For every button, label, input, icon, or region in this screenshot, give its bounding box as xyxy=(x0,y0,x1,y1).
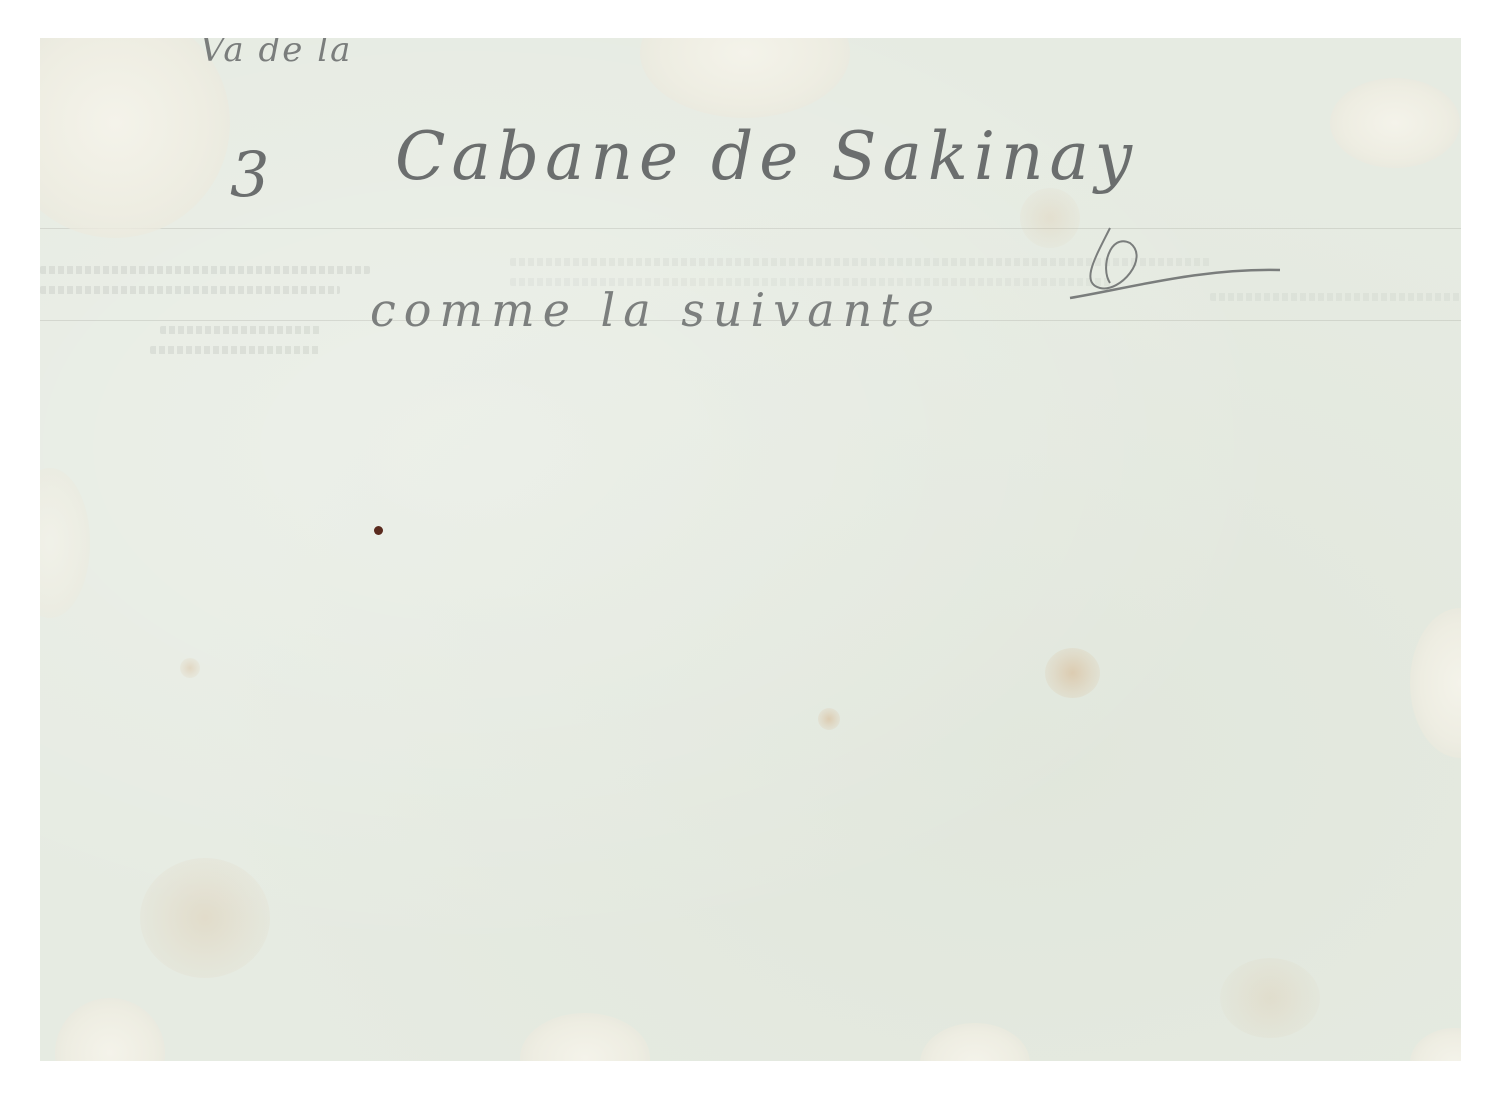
show-through-text xyxy=(510,258,1210,266)
foxing-stain xyxy=(818,708,840,730)
show-through-text xyxy=(150,346,320,354)
show-through-text xyxy=(160,326,320,334)
paper-residue-patch xyxy=(640,38,850,118)
foxing-stain xyxy=(180,658,200,678)
paper-residue-patch xyxy=(520,1013,650,1061)
ink-dot xyxy=(374,526,383,535)
handwritten-subtitle: comme la suivante xyxy=(370,283,942,337)
show-through-text xyxy=(1210,293,1460,301)
paper-residue-patch xyxy=(1330,78,1460,168)
handwritten-number: 3 xyxy=(230,138,269,211)
paper-residue-patch xyxy=(55,998,165,1061)
foxing-stain xyxy=(140,858,270,978)
show-through-text xyxy=(40,266,370,274)
foxing-stain xyxy=(1220,958,1320,1038)
paper-residue-patch xyxy=(40,468,90,618)
paper-residue-patch xyxy=(1410,1028,1461,1061)
foxing-stain xyxy=(1020,188,1080,248)
show-through-rule xyxy=(40,228,1461,229)
paper-residue-patch xyxy=(1410,608,1461,758)
foxing-stain xyxy=(1045,648,1100,698)
handwritten-title: Cabane de Sakinay xyxy=(395,118,1138,195)
show-through-text xyxy=(40,286,340,294)
paper-residue-patch xyxy=(920,1023,1030,1061)
handwritten-top-fragment: Va de la xyxy=(200,38,352,70)
scanned-paper-sheet: Va de la 3 Cabane de Sakinay comme la su… xyxy=(40,38,1461,1061)
